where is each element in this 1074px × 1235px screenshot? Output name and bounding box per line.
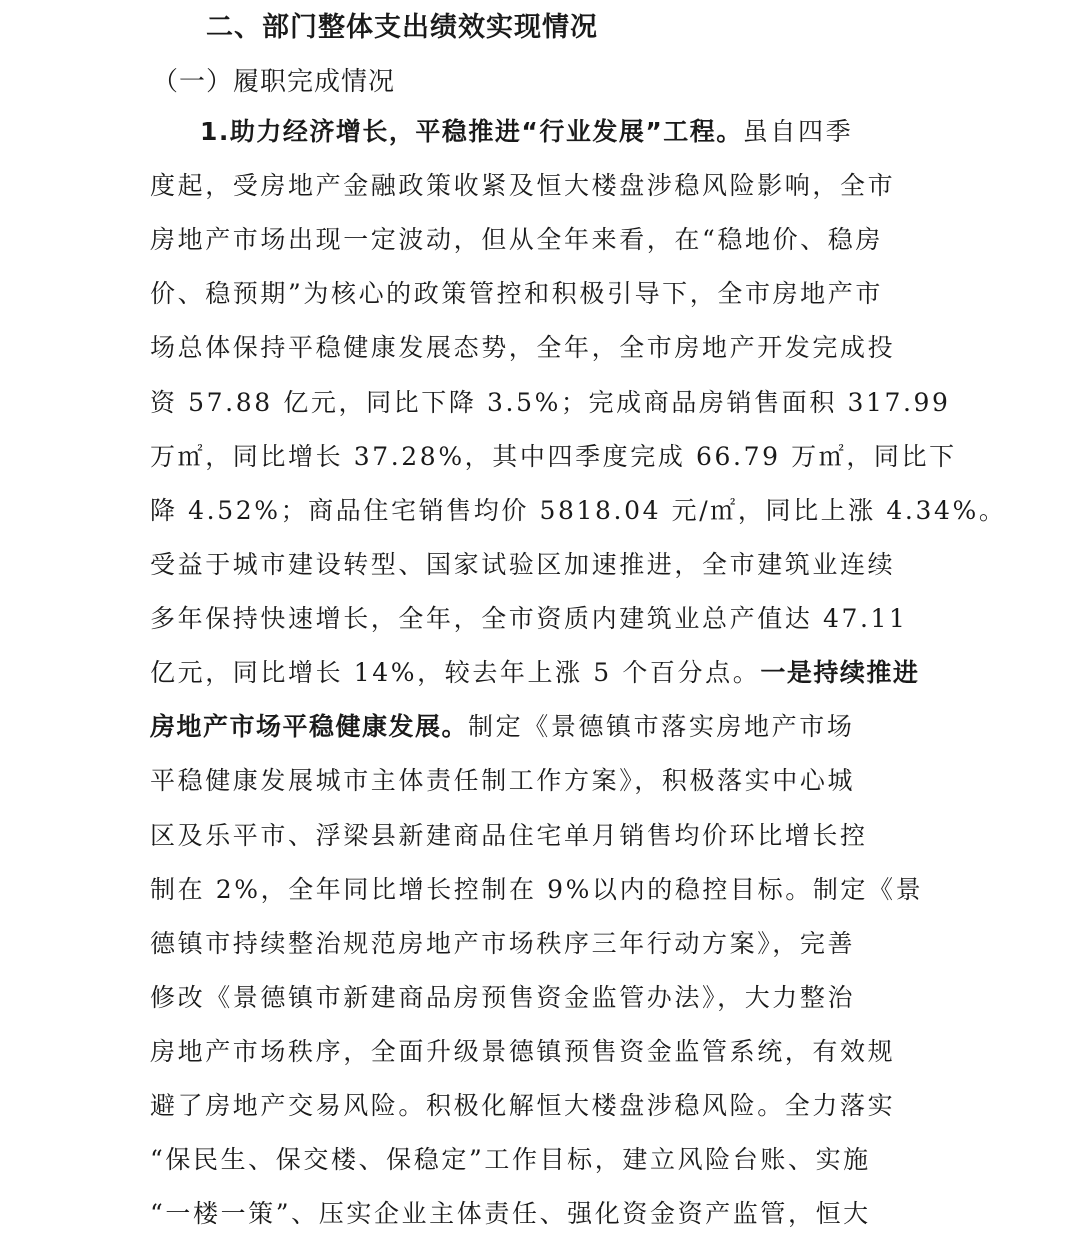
line-text: 亿元，同比增长 14%，较去年上涨 5 个百分点。 [150,658,760,687]
bold-lead-text: 1.助力经济增长，平稳推进“行业发展”工程。 [200,117,743,146]
paragraph-line: 德镇市持续整治规范房地产市场秩序三年行动方案》，完善 [150,924,950,964]
paragraph-line: 降 4.52%；商品住宅销售均价 5818.04 元/㎡，同比上涨 4.34%。 [150,491,950,531]
line-text: 虽自四季 [743,117,853,146]
paragraph-line: 房地产市场出现一定波动，但从全年来看，在“稳地价、稳房 [150,220,950,260]
paragraph-line: 万㎡，同比增长 37.28%，其中四季度完成 66.79 万㎡，同比下 [150,437,950,477]
paragraph-line: 1.助力经济增长，平稳推进“行业发展”工程。虽自四季 [200,112,1000,152]
paragraph-line: 房地产市场平稳健康发展。制定《景德镇市落实房地产市场 [150,707,950,747]
paragraph-line: 亿元，同比增长 14%，较去年上涨 5 个百分点。一是持续推进 [150,653,950,693]
paragraph-line: 多年保持快速增长，全年，全市资质内建筑业总产值达 47.11 [150,599,950,639]
paragraph-line: 区及乐平市、浮梁县新建商品住宅单月销售均价环比增长控 [150,816,950,856]
paragraph-line: 房地产市场秩序，全面升级景德镇预售资金监管系统，有效规 [150,1032,950,1072]
paragraph-line: 修改《景德镇市新建商品房预售资金监管办法》，大力整治 [150,978,950,1018]
document-page: 二、部门整体支出绩效实现情况 （一）履职完成情况 1.助力经济增长，平稳推进“行… [0,0,1074,1235]
paragraph-line: 资 57.88 亿元，同比下降 3.5%；完成商品房销售面积 317.99 [150,383,950,423]
paragraph-line: 价、稳预期”为核心的政策管控和积极引导下，全市房地产市 [150,274,950,314]
line-text: 制定《景德镇市落实房地产市场 [468,712,854,741]
bold-lead-text: 一是持续推进 [760,658,919,687]
bold-lead-text: 房地产市场平稳健康发展。 [150,712,468,741]
paragraph-line: “保民生、保交楼、保稳定”工作目标，建立风险台账、实施 [150,1140,950,1180]
paragraph-line: 度起，受房地产金融政策收紧及恒大楼盘涉稳风险影响，全市 [150,166,950,206]
paragraph-line: 场总体保持平稳健康发展态势，全年，全市房地产开发完成投 [150,328,950,368]
subsection-heading: （一）履职完成情况 [152,60,395,104]
paragraph-line: 避了房地产交易风险。积极化解恒大楼盘涉稳风险。全力落实 [150,1086,950,1126]
section-heading: 二、部门整体支出绩效实现情况 [206,6,598,50]
paragraph-line: 受益于城市建设转型、国家试验区加速推进，全市建筑业连续 [150,545,950,585]
paragraph-line: “一楼一策”、压实企业主体责任、强化资金资产监管，恒大 [150,1194,950,1234]
paragraph-line: 制在 2%，全年同比增长控制在 9%以内的稳控目标。制定《景 [150,870,950,910]
paragraph-line: 平稳健康发展城市主体责任制工作方案》，积极落实中心城 [150,761,950,801]
